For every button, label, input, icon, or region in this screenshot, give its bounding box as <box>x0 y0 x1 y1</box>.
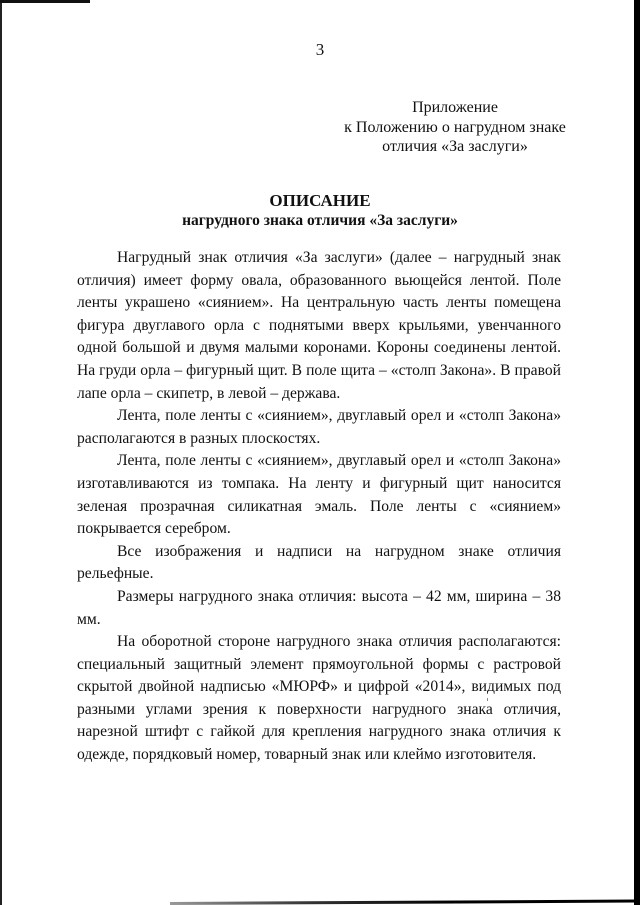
document-subtitle: нагрудного знака отличия «За заслуги» <box>0 211 640 231</box>
paragraph-reverse-side: На оборотной стороне нагрудного знака от… <box>77 631 561 767</box>
paragraph-planes: Лента, поле ленты с «сиянием», двуглавый… <box>77 405 561 450</box>
appendix-line-3: отличия «За заслуги» <box>330 137 580 157</box>
paragraph-relief: Все изображения и надписи на нагрудном з… <box>77 541 561 586</box>
paragraph-materials: Лента, поле ленты с «сиянием», двуглавый… <box>77 450 561 540</box>
paragraph-general-description: Нагрудный знак отличия «За заслуги» (дал… <box>77 247 561 405</box>
document-page: 3 Приложение к Положению о нагрудном зна… <box>0 0 640 905</box>
document-body: Нагрудный знак отличия «За заслуги» (дал… <box>77 247 561 767</box>
paragraph-dimensions: Размеры нагрудного знака отличия: высота… <box>77 586 561 631</box>
appendix-reference: Приложение к Положению о нагрудном знаке… <box>330 98 580 157</box>
document-title: ОПИСАНИЕ <box>0 190 640 212</box>
page-number: 3 <box>0 40 640 60</box>
appendix-line-1: Приложение <box>330 98 580 118</box>
appendix-line-2: к Положению о нагрудном знаке <box>330 118 580 138</box>
